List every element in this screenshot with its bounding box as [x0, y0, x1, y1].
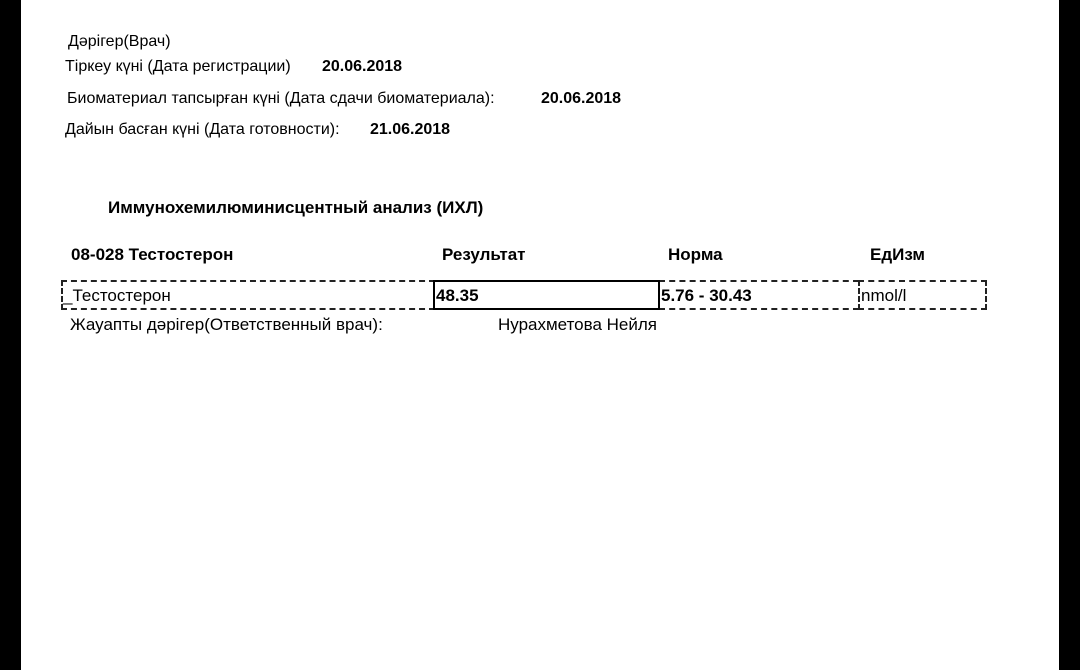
responsible-label: Жауапты дәрігер(Ответственный врач): — [70, 316, 383, 334]
responsible-name: Нурахметова Нейля — [498, 316, 657, 334]
section-title: Иммунохемилюминисцентный анализ (ИХЛ) — [108, 199, 483, 217]
result-cell: 48.35 — [433, 280, 660, 310]
ready-label: Дайын басған күні (Дата готовности): — [65, 121, 340, 139]
column-header-unit: ЕдИзм — [870, 246, 925, 264]
column-header-norm: Норма — [668, 246, 723, 264]
biomaterial-label: Биоматериал тапсырған күні (Дата сдачи б… — [67, 90, 495, 108]
document-page: Дәрігер(Врач) Тіркеу күні (Дата регистра… — [21, 0, 1059, 670]
test-name-cell: _Тестостерон — [61, 280, 435, 310]
norm-cell: 5.76 - 30.43 — [659, 280, 859, 310]
column-header-test: 08-028 Тестостерон — [71, 246, 233, 264]
registration-label: Тіркеу күні (Дата регистрации) — [65, 58, 291, 76]
biomaterial-date: 20.06.2018 — [541, 90, 621, 108]
column-header-result: Результат — [442, 246, 526, 264]
unit-cell: nmol/l — [858, 280, 987, 310]
ready-date: 21.06.2018 — [370, 121, 450, 139]
doctor-label: Дәрігер(Врач) — [68, 33, 171, 51]
registration-date: 20.06.2018 — [322, 58, 402, 76]
